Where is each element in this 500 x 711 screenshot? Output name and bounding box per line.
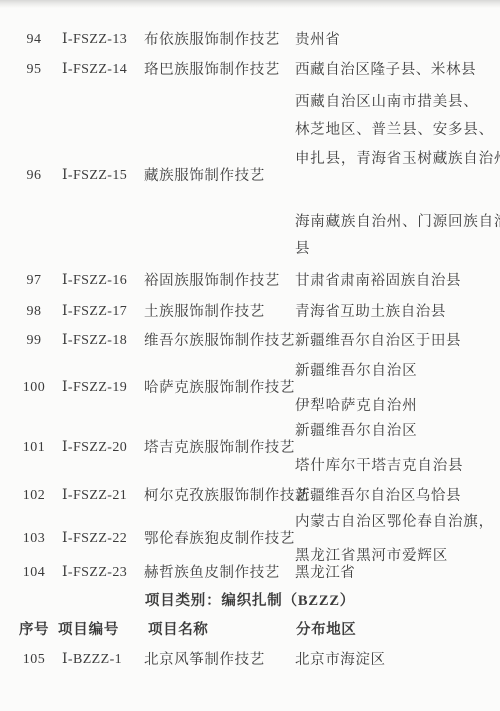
row-region-line: 海南藏族自治州、门源回族自治 [295, 213, 500, 231]
table-row: 97 Ⅰ-FSZZ-16 裕固族服饰制作技艺 甘肃省肃南裕固族自治县 [0, 272, 500, 290]
row-region: 贵州省 [295, 31, 340, 49]
row-name: 塔吉克族服饰制作技艺 [144, 439, 295, 457]
row-name: 珞巴族服饰制作技艺 [144, 61, 280, 79]
table-row: 99 Ⅰ-FSZZ-18 维吾尔族服饰制作技艺 新疆维吾尔自治区于田县 [0, 332, 500, 350]
row-region-line: 县 [295, 240, 310, 258]
table-row: 95 Ⅰ-FSZZ-14 珞巴族服饰制作技艺 西藏自治区隆子县、米林县 [0, 61, 500, 79]
row-region: 青海省互助土族自治县 [295, 303, 446, 321]
row-region-line: 新疆维吾尔自治区 [295, 362, 417, 380]
row-region: 新疆维吾尔自治区于田县 [295, 332, 461, 350]
row-region-line: 伊犁哈萨克自治州 [295, 397, 417, 415]
row-code: Ⅰ-FSZZ-18 [62, 332, 127, 350]
row-seq: 98 [16, 303, 52, 321]
row-region-line: 塔什库尔干塔吉克自治县 [295, 457, 463, 475]
row-seq: 101 [16, 439, 52, 457]
row-region: 西藏自治区隆子县、米林县 [295, 61, 476, 79]
row-code: Ⅰ-FSZZ-20 [62, 439, 127, 457]
row-name: 土族服饰制作技艺 [144, 303, 265, 321]
row-code: Ⅰ-FSZZ-17 [62, 303, 127, 321]
row-name: 鄂伦春族狍皮制作技艺 [144, 530, 295, 548]
row-seq: 105 [16, 651, 52, 669]
row-name: 柯尔克孜族服饰制作技艺 [144, 487, 310, 505]
row-code: Ⅰ-FSZZ-16 [62, 272, 127, 290]
row-code: Ⅰ-FSZZ-23 [62, 564, 127, 582]
row-region: 甘肃省肃南裕固族自治县 [295, 272, 461, 290]
row-name: 藏族服饰制作技艺 [144, 167, 265, 185]
header-name: 项目名称 [148, 621, 208, 639]
row-name: 裕固族服饰制作技艺 [144, 272, 280, 290]
table-row: 103 Ⅰ-FSZZ-22 鄂伦春族狍皮制作技艺 [0, 530, 500, 548]
table-row: 96 Ⅰ-FSZZ-15 藏族服饰制作技艺 [0, 167, 500, 185]
section-title: 项目类别：编织扎制（BZZZ） [0, 592, 500, 610]
scanned-document-page: 94 Ⅰ-FSZZ-13 布依族服饰制作技艺 贵州省 95 Ⅰ-FSZZ-14 … [0, 0, 500, 711]
row-code: Ⅰ-FSZZ-15 [62, 167, 127, 185]
row-code: Ⅰ-FSZZ-22 [62, 530, 127, 548]
row-name: 维吾尔族服饰制作技艺 [144, 332, 295, 350]
row-region-line: 申扎县，青海省玉树藏族自治州、 [295, 150, 500, 168]
row-code: Ⅰ-FSZZ-21 [62, 487, 127, 505]
row-seq: 99 [16, 332, 52, 350]
row-seq: 97 [16, 272, 52, 290]
row-name: 哈萨克族服饰制作技艺 [144, 379, 295, 397]
table-row: 94 Ⅰ-FSZZ-13 布依族服饰制作技艺 贵州省 [0, 31, 500, 49]
row-region-line: 黑龙江省黑河市爱辉区 [295, 547, 448, 565]
row-region-line: 林芝地区、普兰县、安多县、 [295, 121, 494, 139]
table-row: 101 Ⅰ-FSZZ-20 塔吉克族服饰制作技艺 [0, 439, 500, 457]
table-row: 105 Ⅰ-BZZZ-1 北京风筝制作技艺 北京市海淀区 [0, 651, 500, 669]
scan-edge-shadow [0, 0, 500, 8]
table-row: 104 Ⅰ-FSZZ-23 赫哲族鱼皮制作技艺 黑龙江省 [0, 564, 500, 582]
row-seq: 104 [16, 564, 52, 582]
row-seq: 96 [16, 167, 52, 185]
row-code: Ⅰ-FSZZ-13 [62, 31, 127, 49]
row-seq: 95 [16, 61, 52, 79]
table-row: 102 Ⅰ-FSZZ-21 柯尔克孜族服饰制作技艺 新疆维吾尔自治区乌恰县 [0, 487, 500, 505]
row-region-line: 内蒙古自治区鄂伦春自治旗， [295, 513, 494, 531]
table-header-row: 序号 项目编号 项目名称 分布地区 [0, 621, 500, 639]
header-code: 项目编号 [58, 621, 119, 639]
row-region-line: 西藏自治区山南市措美县、 [295, 93, 479, 111]
row-seq: 103 [16, 530, 52, 548]
row-code: Ⅰ-FSZZ-14 [62, 61, 127, 79]
row-region: 新疆维吾尔自治区乌恰县 [295, 487, 461, 505]
row-code: Ⅰ-BZZZ-1 [62, 651, 122, 669]
table-row: 100 Ⅰ-FSZZ-19 哈萨克族服饰制作技艺 [0, 379, 500, 397]
row-seq: 102 [16, 487, 52, 505]
row-name: 北京风筝制作技艺 [144, 651, 265, 669]
header-seq: 序号 [14, 621, 54, 639]
row-name: 赫哲族鱼皮制作技艺 [144, 564, 280, 582]
row-seq: 100 [16, 379, 52, 397]
row-name: 布依族服饰制作技艺 [144, 31, 280, 49]
row-seq: 94 [16, 31, 52, 49]
header-region: 分布地区 [296, 621, 356, 639]
row-region: 黑龙江省 [295, 564, 355, 582]
table-row: 98 Ⅰ-FSZZ-17 土族服饰制作技艺 青海省互助土族自治县 [0, 303, 500, 321]
row-region-line: 新疆维吾尔自治区 [295, 422, 417, 440]
row-code: Ⅰ-FSZZ-19 [62, 379, 127, 397]
row-region: 北京市海淀区 [295, 651, 386, 669]
